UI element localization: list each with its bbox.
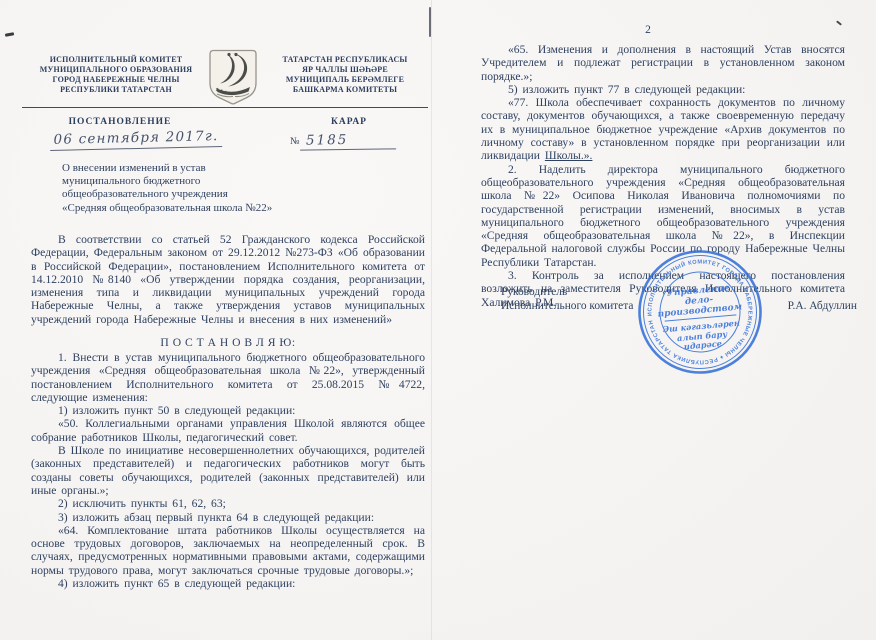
scan-artifact-dash [429,7,431,37]
resolution-paragraph: 1) изложить пункт 50 в следующей редакци… [31,404,425,417]
round-office-stamp: ИСПОЛНИТЕЛЬНЫЙ КОМИТЕТ ГОРОДА НАБЕРЕЖНЫЕ… [631,243,770,382]
title-line: муниципального бюджетного [62,175,372,188]
scanned-document: ИСПОЛНИТЕЛЬНЫЙ КОМИТЕТ МУНИЦИПАЛЬНОГО ОБ… [0,0,876,640]
resolution-paragraph: «65. Изменения и дополнения в настоящий … [481,43,845,83]
resolution-paragraph: 3) изложить абзац первый пункта 64 в сле… [31,511,425,524]
issuer-tt-line: БАШКАРМА КОМИТЕТЫ [262,85,428,95]
coat-of-arms-icon [205,47,261,107]
document-title: О внесении изменений в устав муниципальн… [62,162,372,215]
p77-underlined-tail: Школы.». [545,149,593,162]
header-divider-line [22,107,428,108]
resolution-paragraph: 5) изложить пункт 77 в следующей редакци… [481,83,845,96]
stamp-center-line: идарәсе [683,338,722,351]
title-line: «Средняя общеобразовательная школа №22» [62,202,372,215]
signer-role-line: Исполнительного комитета [501,300,633,314]
doc-type-tatar: КАРАР [294,117,404,127]
page-number: 2 [638,24,658,36]
resolution-paragraph: 4) изложить пункт 65 в следующей редакци… [31,577,425,590]
title-line: О внесении изменений в устав [62,162,372,175]
signer-name: Р.А. Абдуллин [788,300,857,314]
issuer-ru-line: ИСПОЛНИТЕЛЬНЫЙ КОМИТЕТ [28,55,204,65]
issuer-ru-line: ГОРОД НАБЕРЕЖНЫЕ ЧЕЛНЫ [28,75,204,85]
resolution-paragraph: В Школе по инициативе несовершеннолетних… [31,444,425,497]
number-sign-label: № [290,136,300,147]
issuer-name-tatar: ТАТАРСТАН РЕСПУБЛИКАСЫ ЯР ЧАЛЛЫ ШӘҺӘРЕ М… [262,55,428,95]
issuer-tt-line: МУНИЦИПАЛЬ БЕРӘМЛЕГЕ [262,75,428,85]
preamble-paragraph: В соответствии со статьей 52 Гражданског… [31,233,425,326]
title-line: общеобразовательного учреждения [62,188,372,201]
resolve-keyword: П О С Т А Н О В Л Я Ю: [31,336,425,349]
resolution-paragraph: 2) исключить пункты 61, 62, 63; [31,497,425,510]
document-number-field: №5185 [290,131,402,150]
resolution-items: 1. Внести в устав муниципального бюджетн… [31,351,425,590]
page-1: ИСПОЛНИТЕЛЬНЫЙ КОМИТЕТ МУНИЦИПАЛЬНОГО ОБ… [22,45,428,625]
handwritten-number: 5185 [299,131,395,150]
scan-speck-top-left [5,32,14,36]
issuer-tt-line: ЯР ЧАЛЛЫ ШӘҺӘРЕ [262,65,428,75]
resolution-paragraph: «50. Коллегиальными органами управления … [31,417,425,444]
resolution-paragraph: «64. Комплектование штата работников Шко… [31,524,425,577]
signer-role-line: Руководитель [501,286,633,300]
doc-type-russian: ПОСТАНОВЛЕНИЕ [40,117,200,127]
signer-role: Руководитель Исполнительного комитета [501,286,633,313]
issuer-name-russian: ИСПОЛНИТЕЛЬНЫЙ КОМИТЕТ МУНИЦИПАЛЬНОГО ОБ… [28,55,204,95]
handwritten-date-field: 06 сентября 2017г. [50,127,222,151]
page-2: 2 «65. Изменения и дополнения в настоящи… [450,0,876,640]
page-fold-seam [431,0,432,640]
resolution-paragraph-p77: «77. Школа обеспечивает сохранность доку… [481,96,845,162]
issuer-ru-line: РЕСПУБЛИКИ ТАТАРСТАН [28,85,204,95]
issuer-ru-line: МУНИЦИПАЛЬНОГО ОБРАЗОВАНИЯ [28,65,204,75]
issuer-tt-line: ТАТАРСТАН РЕСПУБЛИКАСЫ [262,55,428,65]
handwritten-date: 06 сентября 2017г. [53,128,218,148]
stamp-center-line: производством [657,302,743,319]
resolution-paragraph: 1. Внести в устав муниципального бюджетн… [31,351,425,404]
p77-main-text: «77. Школа обеспечивает сохранность доку… [481,96,845,162]
